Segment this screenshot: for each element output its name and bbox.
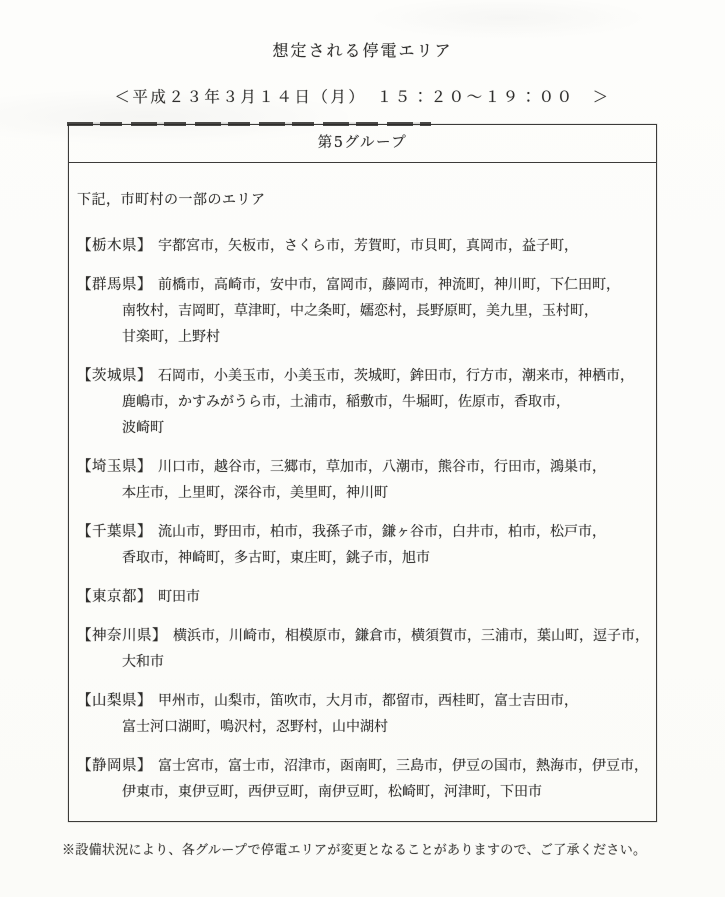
cities-line: 香取市，神崎町，多古町，東庄町，銚子市，旭市 [77, 545, 650, 571]
group-header: 第5グループ [69, 125, 656, 163]
prefecture-block-saitama: 【埼玉県】川口市，越谷市，三郷市，草加市，八潮市，熊谷市，行田市，鴻巣市， 本庄… [77, 454, 650, 506]
date-range: ＜平成２３年３月１４日（月） １５：２０～１９：００ ＞ [0, 85, 725, 107]
prefecture-name: 【埼玉県】 [77, 459, 152, 475]
prefecture-line: 【茨城県】石岡市，小美玉市，小美玉市，茨城町，鉾田市，行方市，潮来市，神栖市， [77, 363, 650, 389]
cities-line: 波崎町 [77, 415, 650, 441]
prefecture-block-shizuoka: 【静岡県】富士宮市，富士市，沼津市，函南町，三島市，伊豆の国市，熱海市，伊豆市，… [77, 753, 650, 805]
scanned-document-page: 想定される停電エリア ＜平成２３年３月１４日（月） １５：２０～１９：００ ＞ … [0, 0, 725, 897]
prefecture-block-yamanashi: 【山梨県】甲州市，山梨市，笛吹市，大月市，都留市，西桂町，富士吉田市， 富士河口… [77, 688, 650, 740]
cities-line: 横浜市，川崎市，相模原市，鎌倉市，横須賀市，三浦市，葉山町，逗子市， [173, 628, 649, 644]
prefecture-block-ibaraki: 【茨城県】石岡市，小美玉市，小美玉市，茨城町，鉾田市，行方市，潮来市，神栖市， … [77, 363, 650, 441]
document-title: 想定される停電エリア [0, 0, 725, 61]
prefecture-block-tochigi: 【栃木県】宇都宮市，矢板市，さくら市，芳賀町，市貝町，真岡市，益子町， [77, 233, 650, 259]
cities-line: 甘楽町，上野村 [77, 324, 650, 350]
prefecture-line: 【千葉県】流山市，野田市，柏市，我孫子市，鎌ヶ谷市，白井市，柏市，松戸市， [77, 519, 650, 545]
cities-line: 前橋市，高崎市，安中市，富岡市，藤岡市，神流町，神川町，下仁田町， [158, 277, 620, 293]
prefecture-block-chiba: 【千葉県】流山市，野田市，柏市，我孫子市，鎌ヶ谷市，白井市，柏市，松戸市， 香取… [77, 519, 650, 571]
prefecture-name: 【東京都】 [77, 589, 152, 605]
cities-line: 本庄市，上里町，深谷市，美里町，神川町 [77, 480, 650, 506]
cities-line: 鹿嶋市，かすみがうら市，土浦市，稲敷市，牛堀町，佐原市，香取市， [77, 389, 650, 415]
prefecture-name: 【神奈川県】 [77, 628, 167, 644]
cities-line: 町田市 [158, 589, 200, 605]
prefecture-name: 【茨城県】 [77, 368, 152, 384]
cities-line: 甲州市，山梨市，笛吹市，大月市，都留市，西桂町，富士吉田市， [158, 693, 578, 709]
prefecture-line: 【山梨県】甲州市，山梨市，笛吹市，大月市，都留市，西桂町，富士吉田市， [77, 688, 650, 714]
scope-note: 下記，市町村の一部のエリア [77, 187, 650, 213]
cities-line: 石岡市，小美玉市，小美玉市，茨城町，鉾田市，行方市，潮来市，神栖市， [158, 368, 634, 384]
prefecture-name: 【山梨県】 [77, 693, 152, 709]
prefecture-name: 【静岡県】 [77, 758, 152, 774]
cities-line: 富士宮市，富士市，沼津市，函南町，三島市，伊豆の国市，熱海市，伊豆市， [158, 758, 648, 774]
footnote: ※設備状況により、各グループで停電エリアが変更となることがありますので、ご了承く… [62, 839, 725, 858]
cities-line: 川口市，越谷市，三郷市，草加市，八潮市，熊谷市，行田市，鴻巣市， [158, 459, 606, 475]
prefecture-line: 【東京都】町田市 [77, 584, 650, 610]
table-body: 下記，市町村の一部のエリア 【栃木県】宇都宮市，矢板市，さくら市，芳賀町，市貝町… [69, 163, 656, 805]
cities-line: 大和市 [77, 649, 650, 675]
cities-line: 富士河口湖町，鳴沢村，忍野村，山中湖村 [77, 714, 650, 740]
prefecture-name: 【千葉県】 [77, 524, 152, 540]
cities-line: 伊東市，東伊豆町，西伊豆町，南伊豆町，松崎町，河津町，下田市 [77, 779, 650, 805]
outage-area-table: 第5グループ 下記，市町村の一部のエリア 【栃木県】宇都宮市，矢板市，さくら市，… [68, 124, 657, 822]
cities-line: 流山市，野田市，柏市，我孫子市，鎌ヶ谷市，白井市，柏市，松戸市， [158, 524, 606, 540]
cities-line: 宇都宮市，矢板市，さくら市，芳賀町，市貝町，真岡市，益子町， [158, 238, 578, 254]
prefecture-line: 【静岡県】富士宮市，富士市，沼津市，函南町，三島市，伊豆の国市，熱海市，伊豆市， [77, 753, 650, 779]
prefecture-line: 【神奈川県】横浜市，川崎市，相模原市，鎌倉市，横須賀市，三浦市，葉山町，逗子市， [77, 623, 650, 649]
prefecture-line: 【埼玉県】川口市，越谷市，三郷市，草加市，八潮市，熊谷市，行田市，鴻巣市， [77, 454, 650, 480]
prefecture-name: 【栃木県】 [77, 238, 152, 254]
prefecture-block-tokyo: 【東京都】町田市 [77, 584, 650, 610]
prefecture-line: 【栃木県】宇都宮市，矢板市，さくら市，芳賀町，市貝町，真岡市，益子町， [77, 233, 650, 259]
prefecture-name: 【群馬県】 [77, 277, 152, 293]
cities-line: 南牧村，吉岡町，草津町，中之条町，嬬恋村，長野原町，美九里，玉村町， [77, 298, 650, 324]
prefecture-line: 【群馬県】前橋市，高崎市，安中市，富岡市，藤岡市，神流町，神川町，下仁田町， [77, 272, 650, 298]
prefecture-block-gunma: 【群馬県】前橋市，高崎市，安中市，富岡市，藤岡市，神流町，神川町，下仁田町， 南… [77, 272, 650, 350]
prefecture-block-kanagawa: 【神奈川県】横浜市，川崎市，相模原市，鎌倉市，横須賀市，三浦市，葉山町，逗子市，… [77, 623, 650, 675]
